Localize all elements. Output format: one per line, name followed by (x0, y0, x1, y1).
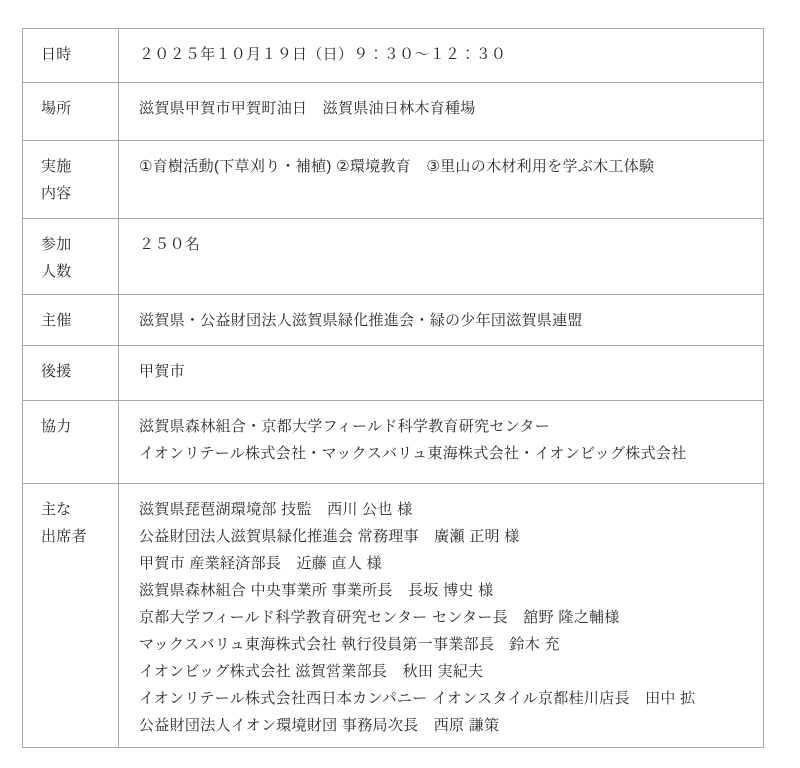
event-detail-page: 日時 ２０２５年１０月１９日（日）９：３０～１２：３０ 場所 滋賀県甲賀市甲賀町… (0, 0, 800, 768)
row-label-attendees: 主な出席者 (23, 484, 119, 748)
row-value-activities: ①育樹活動(下草刈り・補植) ②環境教育 ③里山の木材利用を学ぶ木工体験 (119, 141, 764, 219)
table-row-participants: 参加人数 ２５０名 (23, 219, 764, 295)
row-label-activities: 実施内容 (23, 141, 119, 219)
row-value-location: 滋賀県甲賀市甲賀町油日 滋賀県油日林木育種場 (119, 83, 764, 141)
row-value-support: 甲賀市 (119, 346, 764, 401)
table-row-location: 場所 滋賀県甲賀市甲賀町油日 滋賀県油日林木育種場 (23, 83, 764, 141)
table-row-activities: 実施内容 ①育樹活動(下草刈り・補植) ②環境教育 ③里山の木材利用を学ぶ木工体… (23, 141, 764, 219)
table-row-datetime: 日時 ２０２５年１０月１９日（日）９：３０～１２：３０ (23, 29, 764, 83)
table-row-cooperation: 協力 滋賀県森林組合・京都大学フィールド科学教育研究センターイオンリテール株式会… (23, 401, 764, 484)
table-row-attendees: 主な出席者 滋賀県琵琶湖環境部 技監 西川 公也 様公益財団法人滋賀県緑化推進会… (23, 484, 764, 748)
row-label-organizer: 主催 (23, 295, 119, 346)
row-label-location: 場所 (23, 83, 119, 141)
row-label-participants: 参加人数 (23, 219, 119, 295)
table-row-support: 後援 甲賀市 (23, 346, 764, 401)
row-value-attendees: 滋賀県琵琶湖環境部 技監 西川 公也 様公益財団法人滋賀県緑化推進会 常務理事 … (119, 484, 764, 748)
row-value-organizer: 滋賀県・公益財団法人滋賀県緑化推進会・緑の少年団滋賀県連盟 (119, 295, 764, 346)
table-row-organizer: 主催 滋賀県・公益財団法人滋賀県緑化推進会・緑の少年団滋賀県連盟 (23, 295, 764, 346)
event-detail-table-container: 日時 ２０２５年１０月１９日（日）９：３０～１２：３０ 場所 滋賀県甲賀市甲賀町… (22, 28, 764, 748)
row-label-datetime: 日時 (23, 29, 119, 83)
event-detail-table: 日時 ２０２５年１０月１９日（日）９：３０～１２：３０ 場所 滋賀県甲賀市甲賀町… (22, 28, 764, 748)
row-label-support: 後援 (23, 346, 119, 401)
row-label-cooperation: 協力 (23, 401, 119, 484)
row-value-datetime: ２０２５年１０月１９日（日）９：３０～１２：３０ (119, 29, 764, 83)
row-value-cooperation: 滋賀県森林組合・京都大学フィールド科学教育研究センターイオンリテール株式会社・マ… (119, 401, 764, 484)
row-value-participants: ２５０名 (119, 219, 764, 295)
